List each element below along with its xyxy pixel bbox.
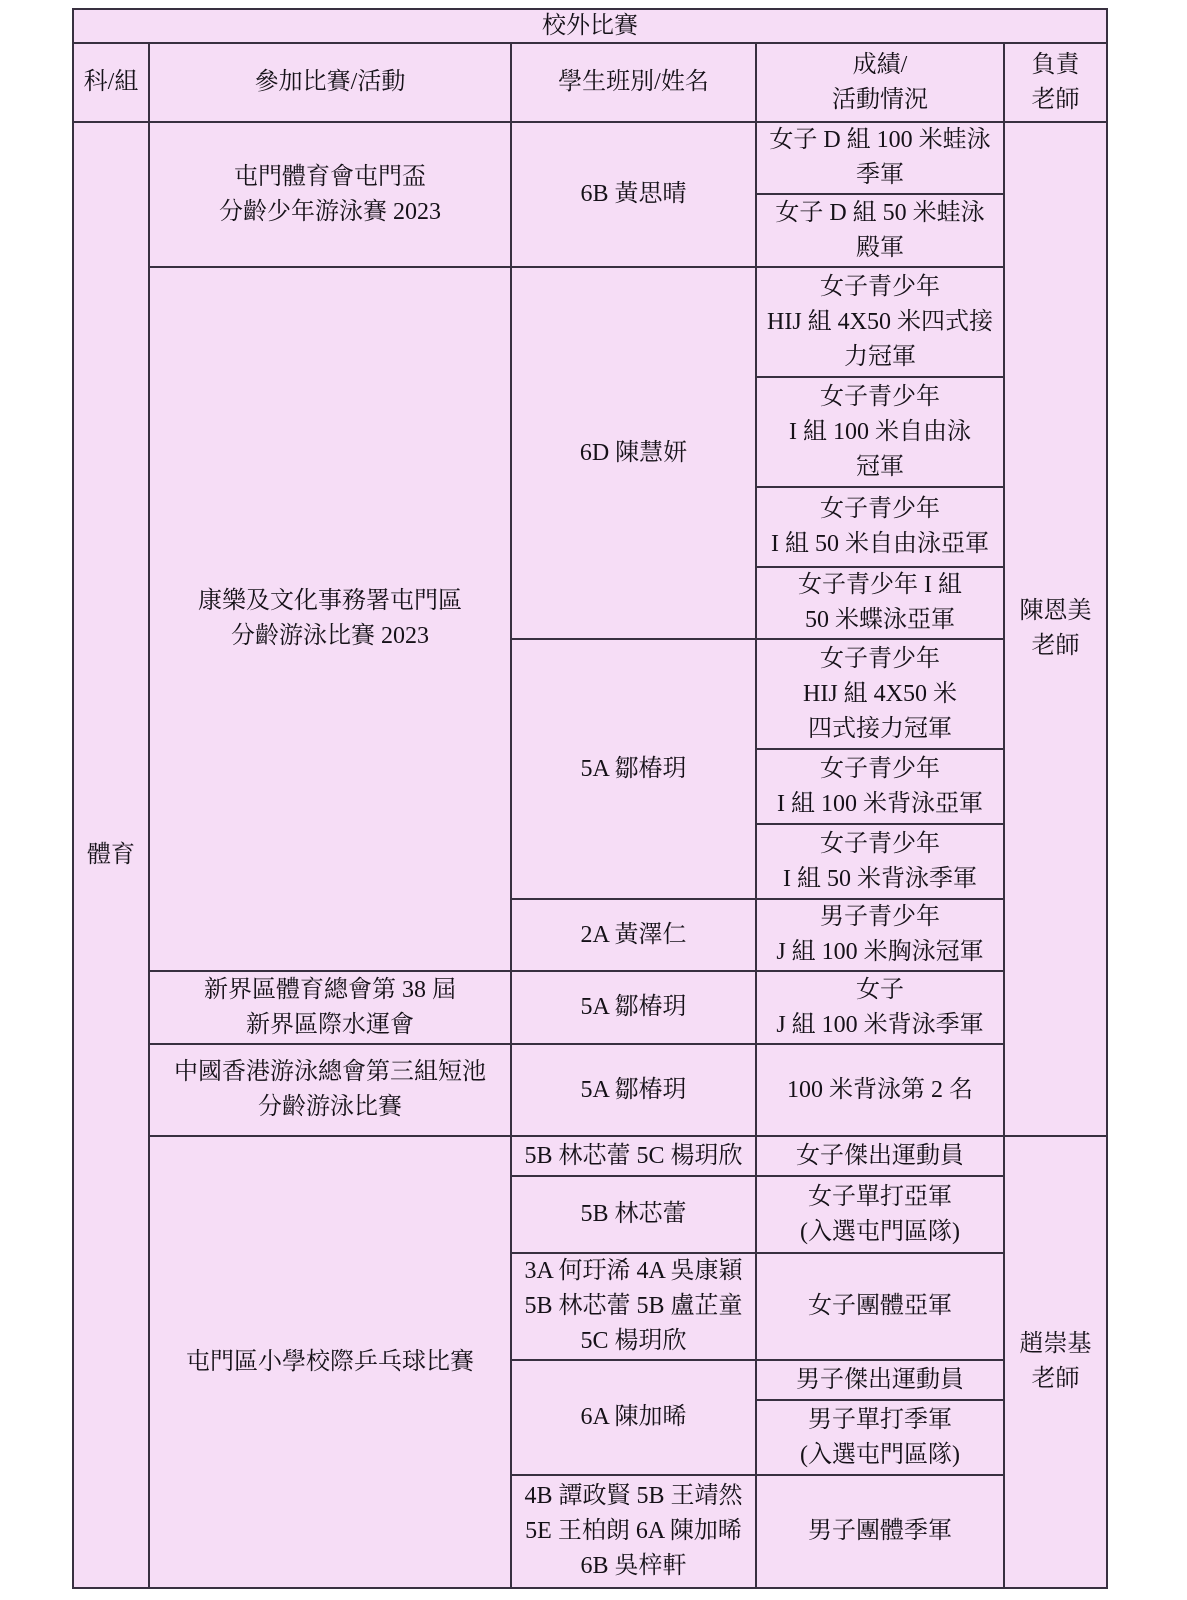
- competition-cell-4: 中國香港游泳總會第三組短池 分齡游泳比賽: [149, 1044, 511, 1136]
- table-row: 康樂及文化事務署屯門區 分齡游泳比賽 2023 6D 陳慧妍 女子青少年 HIJ…: [73, 267, 1107, 377]
- result-cell: 女子傑出運動員: [756, 1136, 1004, 1176]
- result-cell: 男子團體季軍: [756, 1475, 1004, 1588]
- external-competitions-table: 校外比賽 科/組 參加比賽/活動 學生班別/姓名 成績/ 活動情況 負責 老師 …: [72, 8, 1108, 1589]
- table-row: 校外比賽: [73, 9, 1107, 43]
- competition-cell-5: 屯門區小學校際乒乓球比賽: [149, 1136, 511, 1588]
- student-cell: 5B 林芯蕾: [511, 1176, 756, 1253]
- subject-cell: 體育: [73, 122, 149, 1588]
- student-cell: 2A 黃澤仁: [511, 899, 756, 971]
- student-cell: 6A 陳加晞: [511, 1360, 756, 1475]
- table-row: 科/組 參加比賽/活動 學生班別/姓名 成績/ 活動情況 負責 老師: [73, 43, 1107, 122]
- student-cell: 5B 林芯蕾 5C 楊玥欣: [511, 1136, 756, 1176]
- table-row: 屯門區小學校際乒乓球比賽 5B 林芯蕾 5C 楊玥欣 女子傑出運動員 趙崇基 老…: [73, 1136, 1107, 1176]
- header-teacher: 負責 老師: [1004, 43, 1107, 122]
- student-cell: 5A 鄒椿玥: [511, 639, 756, 899]
- teacher-cell-tabletennis: 趙崇基 老師: [1004, 1136, 1107, 1588]
- student-cell: 6D 陳慧妍: [511, 267, 756, 639]
- student-cell: 3A 何玗浠 4A 吳康穎 5B 林芯蕾 5B 盧芷童 5C 楊玥欣: [511, 1253, 756, 1360]
- result-cell: 女子 J 組 100 米背泳季軍: [756, 971, 1004, 1044]
- result-cell: 男子青少年 J 組 100 米胸泳冠軍: [756, 899, 1004, 971]
- result-cell: 女子青少年 I 組 100 米自由泳 冠軍: [756, 377, 1004, 487]
- table-row: 中國香港游泳總會第三組短池 分齡游泳比賽 5A 鄒椿玥 100 米背泳第 2 名: [73, 1044, 1107, 1136]
- competition-cell-1: 屯門體育會屯門盃 分齡少年游泳賽 2023: [149, 122, 511, 267]
- result-cell: 女子青少年 HIJ 組 4X50 米四式接 力冠軍: [756, 267, 1004, 377]
- table-title: 校外比賽: [73, 9, 1107, 43]
- result-cell: 女子青少年 HIJ 組 4X50 米 四式接力冠軍: [756, 639, 1004, 749]
- student-cell: 5A 鄒椿玥: [511, 1044, 756, 1136]
- table-row: 新界區體育總會第 38 屆 新界區際水運會 5A 鄒椿玥 女子 J 組 100 …: [73, 971, 1107, 1044]
- competition-cell-3: 新界區體育總會第 38 屆 新界區際水運會: [149, 971, 511, 1044]
- header-subject-group: 科/組: [73, 43, 149, 122]
- competition-cell-2: 康樂及文化事務署屯門區 分齡游泳比賽 2023: [149, 267, 511, 971]
- header-competition: 參加比賽/活動: [149, 43, 511, 122]
- header-student: 學生班別/姓名: [511, 43, 756, 122]
- student-cell: 5A 鄒椿玥: [511, 971, 756, 1044]
- result-cell: 100 米背泳第 2 名: [756, 1044, 1004, 1136]
- teacher-cell-swimming: 陳恩美 老師: [1004, 122, 1107, 1136]
- result-cell: 女子單打亞軍 (入選屯門區隊): [756, 1176, 1004, 1253]
- result-cell: 女子青少年 I 組 50 米背泳季軍: [756, 824, 1004, 899]
- student-cell: 6B 黃思晴: [511, 122, 756, 267]
- result-cell: 女子團體亞軍: [756, 1253, 1004, 1360]
- header-result: 成績/ 活動情況: [756, 43, 1004, 122]
- result-cell: 男子單打季軍 (入選屯門區隊): [756, 1400, 1004, 1475]
- table-row: 體育 屯門體育會屯門盃 分齡少年游泳賽 2023 6B 黃思晴 女子 D 組 1…: [73, 122, 1107, 194]
- student-cell: 4B 譚政賢 5B 王靖然 5E 王柏朗 6A 陳加晞 6B 吳梓軒: [511, 1475, 756, 1588]
- result-cell: 女子青少年 I 組 50 米自由泳亞軍: [756, 487, 1004, 567]
- result-cell: 女子 D 組 50 米蛙泳 殿軍: [756, 194, 1004, 267]
- result-cell: 女子青少年 I 組 100 米背泳亞軍: [756, 749, 1004, 824]
- result-cell: 女子 D 組 100 米蛙泳 季軍: [756, 122, 1004, 194]
- result-cell: 男子傑出運動員: [756, 1360, 1004, 1400]
- result-cell: 女子青少年 I 組 50 米蝶泳亞軍: [756, 567, 1004, 639]
